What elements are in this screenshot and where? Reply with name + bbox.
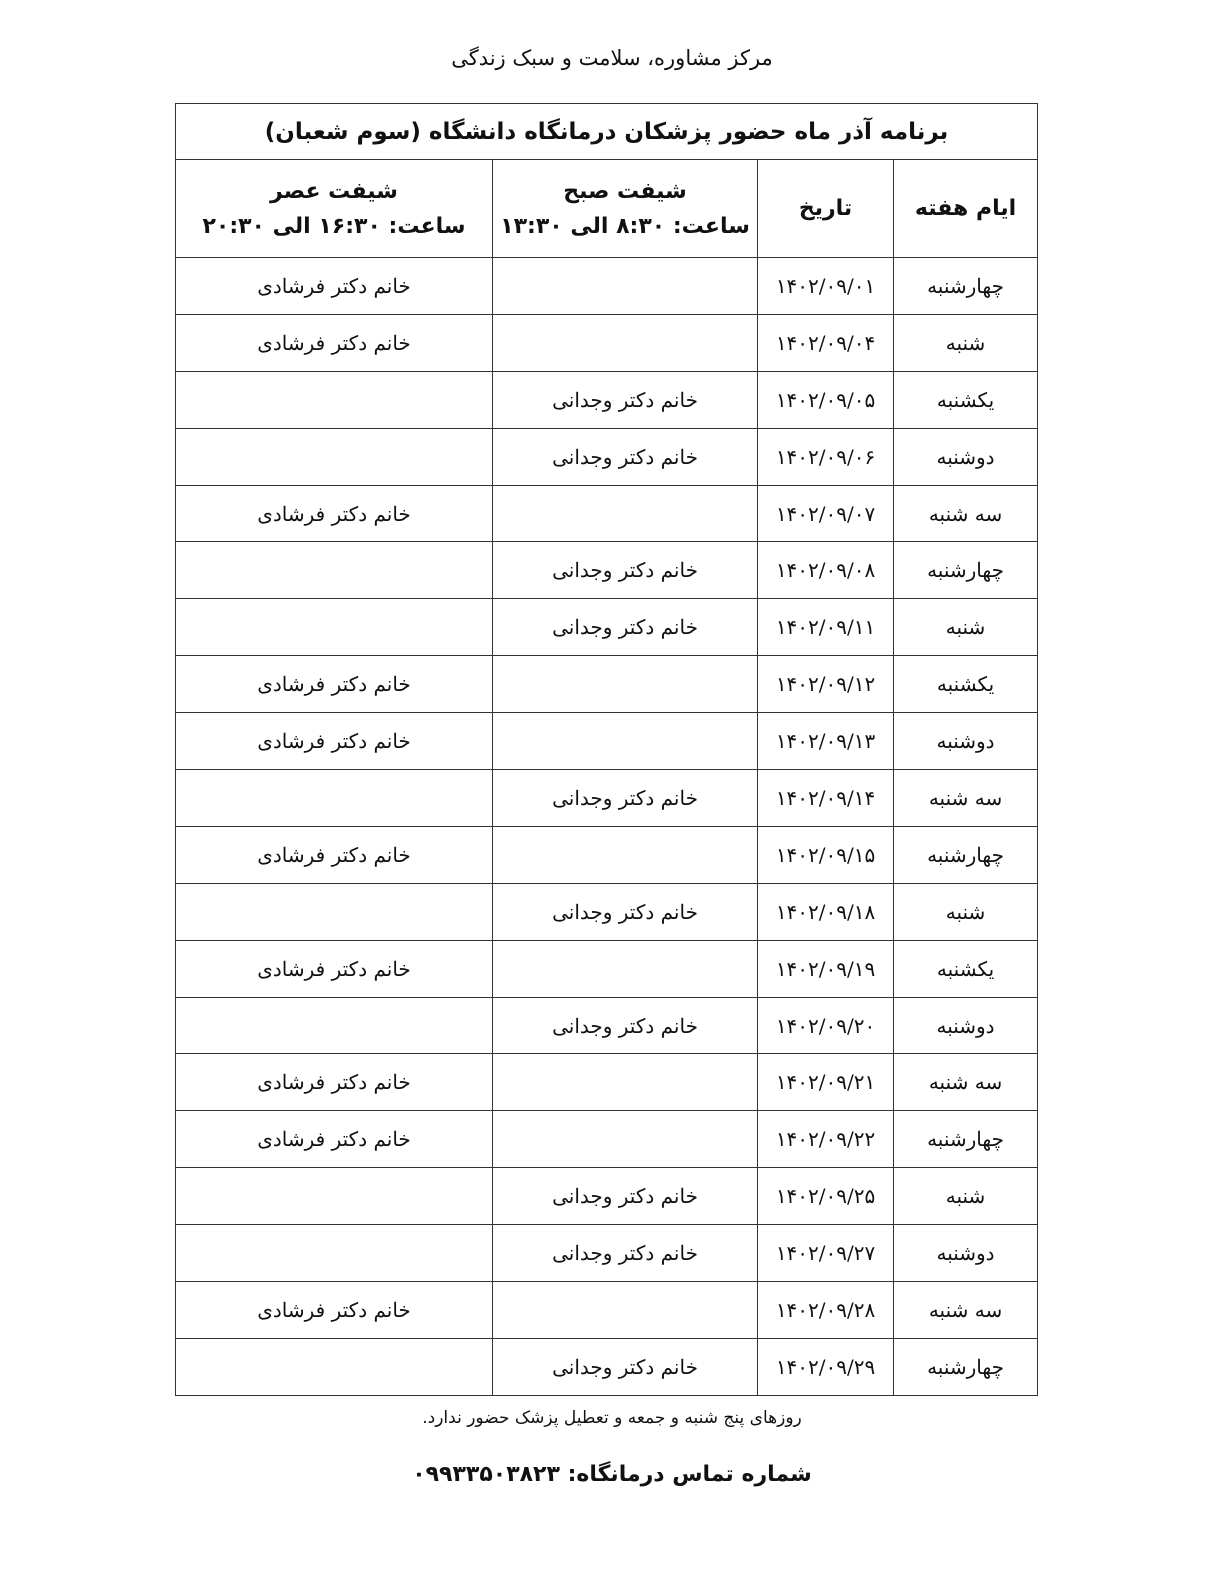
evening-shift-cell: خانم دکتر فرشادی <box>176 1282 493 1339</box>
date-cell: ۱۴۰۲/۰۹/۱۳ <box>758 713 894 770</box>
date-cell: ۱۴۰۲/۰۹/۲۷ <box>758 1225 894 1282</box>
evening-shift-cell <box>176 1338 493 1395</box>
date-cell: ۱۴۰۲/۰۹/۰۶ <box>758 428 894 485</box>
evening-shift-cell <box>176 542 493 599</box>
morning-shift-cell: خانم دکتر وجدانی <box>493 1168 758 1225</box>
evening-shift-cell: خانم دکتر فرشادی <box>176 485 493 542</box>
morning-shift-cell <box>493 258 758 315</box>
table-title: برنامه آذر ماه حضور پزشکان درمانگاه دانش… <box>176 104 1038 160</box>
table-row: چهارشنبه۱۴۰۲/۰۹/۰۸خانم دکتر وجدانی <box>176 542 1038 599</box>
table-row: شنبه۱۴۰۲/۰۹/۰۴خانم دکتر فرشادی <box>176 314 1038 371</box>
phone-label: شماره تماس درمانگاه: <box>568 1462 812 1487</box>
morning-shift-cell <box>493 485 758 542</box>
evening-shift-hours: ساعت: ۱۶:۳۰ الی ۲۰:۳۰ <box>176 214 492 239</box>
weekday-cell: سه شنبه <box>894 1054 1038 1111</box>
evening-shift-cell: خانم دکتر فرشادی <box>176 826 493 883</box>
column-header-weekday: ایام هفته <box>894 160 1038 258</box>
weekday-cell: سه شنبه <box>894 1282 1038 1339</box>
weekday-cell: یکشنبه <box>894 940 1038 997</box>
date-cell: ۱۴۰۲/۰۹/۰۷ <box>758 485 894 542</box>
phone-number: ۰۹۹۳۳۵۰۳۸۲۳ <box>412 1462 560 1487</box>
date-cell: ۱۴۰۲/۰۹/۱۲ <box>758 656 894 713</box>
clinic-phone: شماره تماس درمانگاه: ۰۹۹۳۳۵۰۳۸۲۳ <box>0 1462 1224 1487</box>
table-row: دوشنبه۱۴۰۲/۰۹/۱۳خانم دکتر فرشادی <box>176 713 1038 770</box>
morning-shift-cell <box>493 656 758 713</box>
evening-shift-cell <box>176 428 493 485</box>
column-header-evening-shift: شیفت عصر ساعت: ۱۶:۳۰ الی ۲۰:۳۰ <box>176 160 493 258</box>
table-row: سه شنبه۱۴۰۲/۰۹/۰۷خانم دکتر فرشادی <box>176 485 1038 542</box>
weekday-cell: دوشنبه <box>894 428 1038 485</box>
morning-shift-cell: خانم دکتر وجدانی <box>493 883 758 940</box>
evening-shift-cell <box>176 599 493 656</box>
weekday-cell: چهارشنبه <box>894 258 1038 315</box>
table-row: چهارشنبه۱۴۰۲/۰۹/۱۵خانم دکتر فرشادی <box>176 826 1038 883</box>
date-cell: ۱۴۰۲/۰۹/۲۰ <box>758 997 894 1054</box>
schedule-table: برنامه آذر ماه حضور پزشکان درمانگاه دانش… <box>175 103 1038 1396</box>
weekday-cell: چهارشنبه <box>894 826 1038 883</box>
table-row: سه شنبه۱۴۰۲/۰۹/۱۴خانم دکتر وجدانی <box>176 770 1038 827</box>
weekday-cell: سه شنبه <box>894 485 1038 542</box>
morning-shift-cell: خانم دکتر وجدانی <box>493 997 758 1054</box>
date-cell: ۱۴۰۲/۰۹/۱۹ <box>758 940 894 997</box>
weekday-cell: شنبه <box>894 1168 1038 1225</box>
morning-shift-cell <box>493 713 758 770</box>
evening-shift-cell <box>176 770 493 827</box>
table-row: دوشنبه۱۴۰۲/۰۹/۲۷خانم دکتر وجدانی <box>176 1225 1038 1282</box>
morning-shift-cell <box>493 940 758 997</box>
table-row: یکشنبه۱۴۰۲/۰۹/۰۵خانم دکتر وجدانی <box>176 371 1038 428</box>
morning-shift-cell: خانم دکتر وجدانی <box>493 1225 758 1282</box>
evening-shift-cell: خانم دکتر فرشادی <box>176 656 493 713</box>
morning-shift-cell <box>493 1111 758 1168</box>
table-row: دوشنبه۱۴۰۲/۰۹/۰۶خانم دکتر وجدانی <box>176 428 1038 485</box>
date-cell: ۱۴۰۲/۰۹/۱۴ <box>758 770 894 827</box>
column-header-morning-shift: شیفت صبح ساعت: ۸:۳۰ الی ۱۳:۳۰ <box>493 160 758 258</box>
morning-shift-cell <box>493 1282 758 1339</box>
table-row: چهارشنبه۱۴۰۲/۰۹/۰۱خانم دکتر فرشادی <box>176 258 1038 315</box>
weekday-cell: دوشنبه <box>894 713 1038 770</box>
morning-shift-cell: خانم دکتر وجدانی <box>493 1338 758 1395</box>
morning-shift-cell <box>493 314 758 371</box>
evening-shift-cell: خانم دکتر فرشادی <box>176 940 493 997</box>
weekday-cell: چهارشنبه <box>894 542 1038 599</box>
table-row: دوشنبه۱۴۰۲/۰۹/۲۰خانم دکتر وجدانی <box>176 997 1038 1054</box>
column-header-date: تاریخ <box>758 160 894 258</box>
evening-shift-cell: خانم دکتر فرشادی <box>176 314 493 371</box>
table-row: سه شنبه۱۴۰۲/۰۹/۲۱خانم دکتر فرشادی <box>176 1054 1038 1111</box>
weekday-cell: شنبه <box>894 314 1038 371</box>
weekday-cell: سه شنبه <box>894 770 1038 827</box>
evening-shift-cell <box>176 997 493 1054</box>
date-cell: ۱۴۰۲/۰۹/۲۲ <box>758 1111 894 1168</box>
morning-shift-cell <box>493 1054 758 1111</box>
organization-name: مرکز مشاوره، سلامت و سبک زندگی <box>0 46 1224 70</box>
table-row: شنبه۱۴۰۲/۰۹/۱۱خانم دکتر وجدانی <box>176 599 1038 656</box>
evening-shift-cell <box>176 1225 493 1282</box>
morning-shift-hours: ساعت: ۸:۳۰ الی ۱۳:۳۰ <box>493 214 757 239</box>
weekday-cell: دوشنبه <box>894 997 1038 1054</box>
date-cell: ۱۴۰۲/۰۹/۲۵ <box>758 1168 894 1225</box>
morning-shift-cell: خانم دکتر وجدانی <box>493 371 758 428</box>
table-row: یکشنبه۱۴۰۲/۰۹/۱۹خانم دکتر فرشادی <box>176 940 1038 997</box>
evening-shift-cell: خانم دکتر فرشادی <box>176 713 493 770</box>
evening-shift-cell <box>176 371 493 428</box>
evening-shift-label: شیفت عصر <box>176 179 492 204</box>
weekday-cell: شنبه <box>894 883 1038 940</box>
table-row: یکشنبه۱۴۰۲/۰۹/۱۲خانم دکتر فرشادی <box>176 656 1038 713</box>
date-cell: ۱۴۰۲/۰۹/۱۵ <box>758 826 894 883</box>
holiday-note: روزهای پنج شنبه و جمعه و تعطیل پزشک حضور… <box>0 1408 1224 1428</box>
evening-shift-cell: خانم دکتر فرشادی <box>176 1111 493 1168</box>
weekday-cell: دوشنبه <box>894 1225 1038 1282</box>
morning-shift-cell: خانم دکتر وجدانی <box>493 770 758 827</box>
weekday-cell: چهارشنبه <box>894 1338 1038 1395</box>
evening-shift-cell: خانم دکتر فرشادی <box>176 1054 493 1111</box>
morning-shift-cell: خانم دکتر وجدانی <box>493 428 758 485</box>
weekday-cell: شنبه <box>894 599 1038 656</box>
evening-shift-cell <box>176 883 493 940</box>
morning-shift-cell <box>493 826 758 883</box>
date-cell: ۱۴۰۲/۰۹/۰۵ <box>758 371 894 428</box>
weekday-cell: یکشنبه <box>894 656 1038 713</box>
date-cell: ۱۴۰۲/۰۹/۱۱ <box>758 599 894 656</box>
date-cell: ۱۴۰۲/۰۹/۰۸ <box>758 542 894 599</box>
weekday-cell: چهارشنبه <box>894 1111 1038 1168</box>
evening-shift-cell <box>176 1168 493 1225</box>
table-row: چهارشنبه۱۴۰۲/۰۹/۲۹خانم دکتر وجدانی <box>176 1338 1038 1395</box>
morning-shift-cell: خانم دکتر وجدانی <box>493 542 758 599</box>
table-row: شنبه۱۴۰۲/۰۹/۲۵خانم دکتر وجدانی <box>176 1168 1038 1225</box>
date-cell: ۱۴۰۲/۰۹/۱۸ <box>758 883 894 940</box>
morning-shift-cell: خانم دکتر وجدانی <box>493 599 758 656</box>
evening-shift-cell: خانم دکتر فرشادی <box>176 258 493 315</box>
date-cell: ۱۴۰۲/۰۹/۰۴ <box>758 314 894 371</box>
table-row: شنبه۱۴۰۲/۰۹/۱۸خانم دکتر وجدانی <box>176 883 1038 940</box>
date-cell: ۱۴۰۲/۰۹/۲۸ <box>758 1282 894 1339</box>
date-cell: ۱۴۰۲/۰۹/۰۱ <box>758 258 894 315</box>
table-row: چهارشنبه۱۴۰۲/۰۹/۲۲خانم دکتر فرشادی <box>176 1111 1038 1168</box>
table-row: سه شنبه۱۴۰۲/۰۹/۲۸خانم دکتر فرشادی <box>176 1282 1038 1339</box>
weekday-cell: یکشنبه <box>894 371 1038 428</box>
date-cell: ۱۴۰۲/۰۹/۲۱ <box>758 1054 894 1111</box>
date-cell: ۱۴۰۲/۰۹/۲۹ <box>758 1338 894 1395</box>
morning-shift-label: شیفت صبح <box>493 179 757 204</box>
